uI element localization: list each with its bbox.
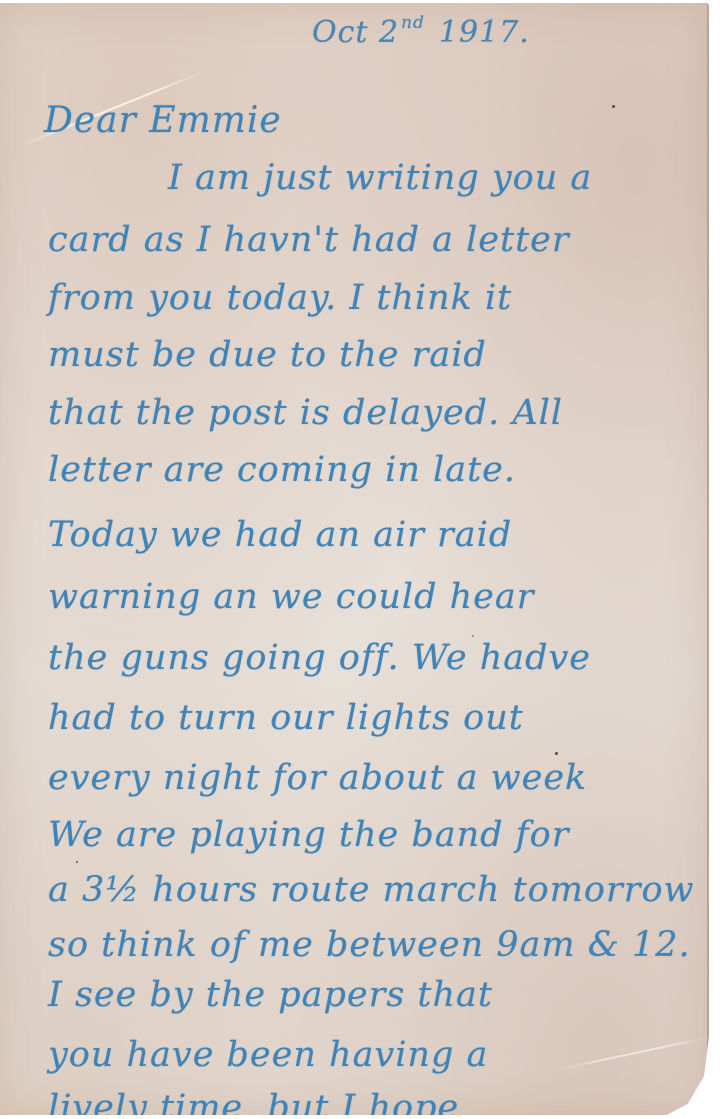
date-year: 1917. (439, 15, 530, 50)
letter-line: every night for about a week (48, 761, 587, 796)
letter-line: Today we had an air raid (48, 518, 512, 553)
letter-line: We are playing the band for (48, 818, 569, 853)
date-month-day: Oct 2 (312, 15, 399, 50)
letter-line: from you today. I think it (48, 281, 512, 316)
letter-line: a 3½ hours route march tomorrow (48, 873, 694, 908)
postcard: Oct 2nd1917. Dear Emmie I am just writin… (0, 3, 709, 1115)
page: Oct 2nd1917. Dear Emmie I am just writin… (0, 0, 720, 1119)
paper-speck (612, 105, 615, 108)
date-ordinal: nd (401, 13, 425, 33)
letter-line: letter are coming in late. (48, 453, 516, 488)
letter-line: so think of me between 9am & 12. (48, 928, 691, 963)
letter-line: I am just writing you a (168, 161, 592, 196)
letter-line: card as I havn't had a letter (48, 223, 570, 258)
paper-speck (76, 861, 78, 863)
paper-speck (472, 635, 474, 637)
letter-line: you have been having a (48, 1038, 488, 1073)
paper-crease (560, 1037, 707, 1070)
letter-line: lively time, but I hope (48, 1091, 459, 1119)
letter-line: must be due to the raid (48, 338, 487, 373)
letter-line: that the post is delayed. All (48, 396, 563, 431)
letter-line: had to turn our lights out (48, 701, 524, 736)
salutation: Dear Emmie (44, 103, 282, 139)
letter-line: warning an we could hear (48, 580, 535, 615)
paper-speck (555, 752, 558, 755)
letter-line: I see by the papers that (48, 978, 493, 1013)
letter-line: the guns going off. We hadve (48, 641, 591, 676)
letter-date: Oct 2nd1917. (312, 15, 530, 48)
